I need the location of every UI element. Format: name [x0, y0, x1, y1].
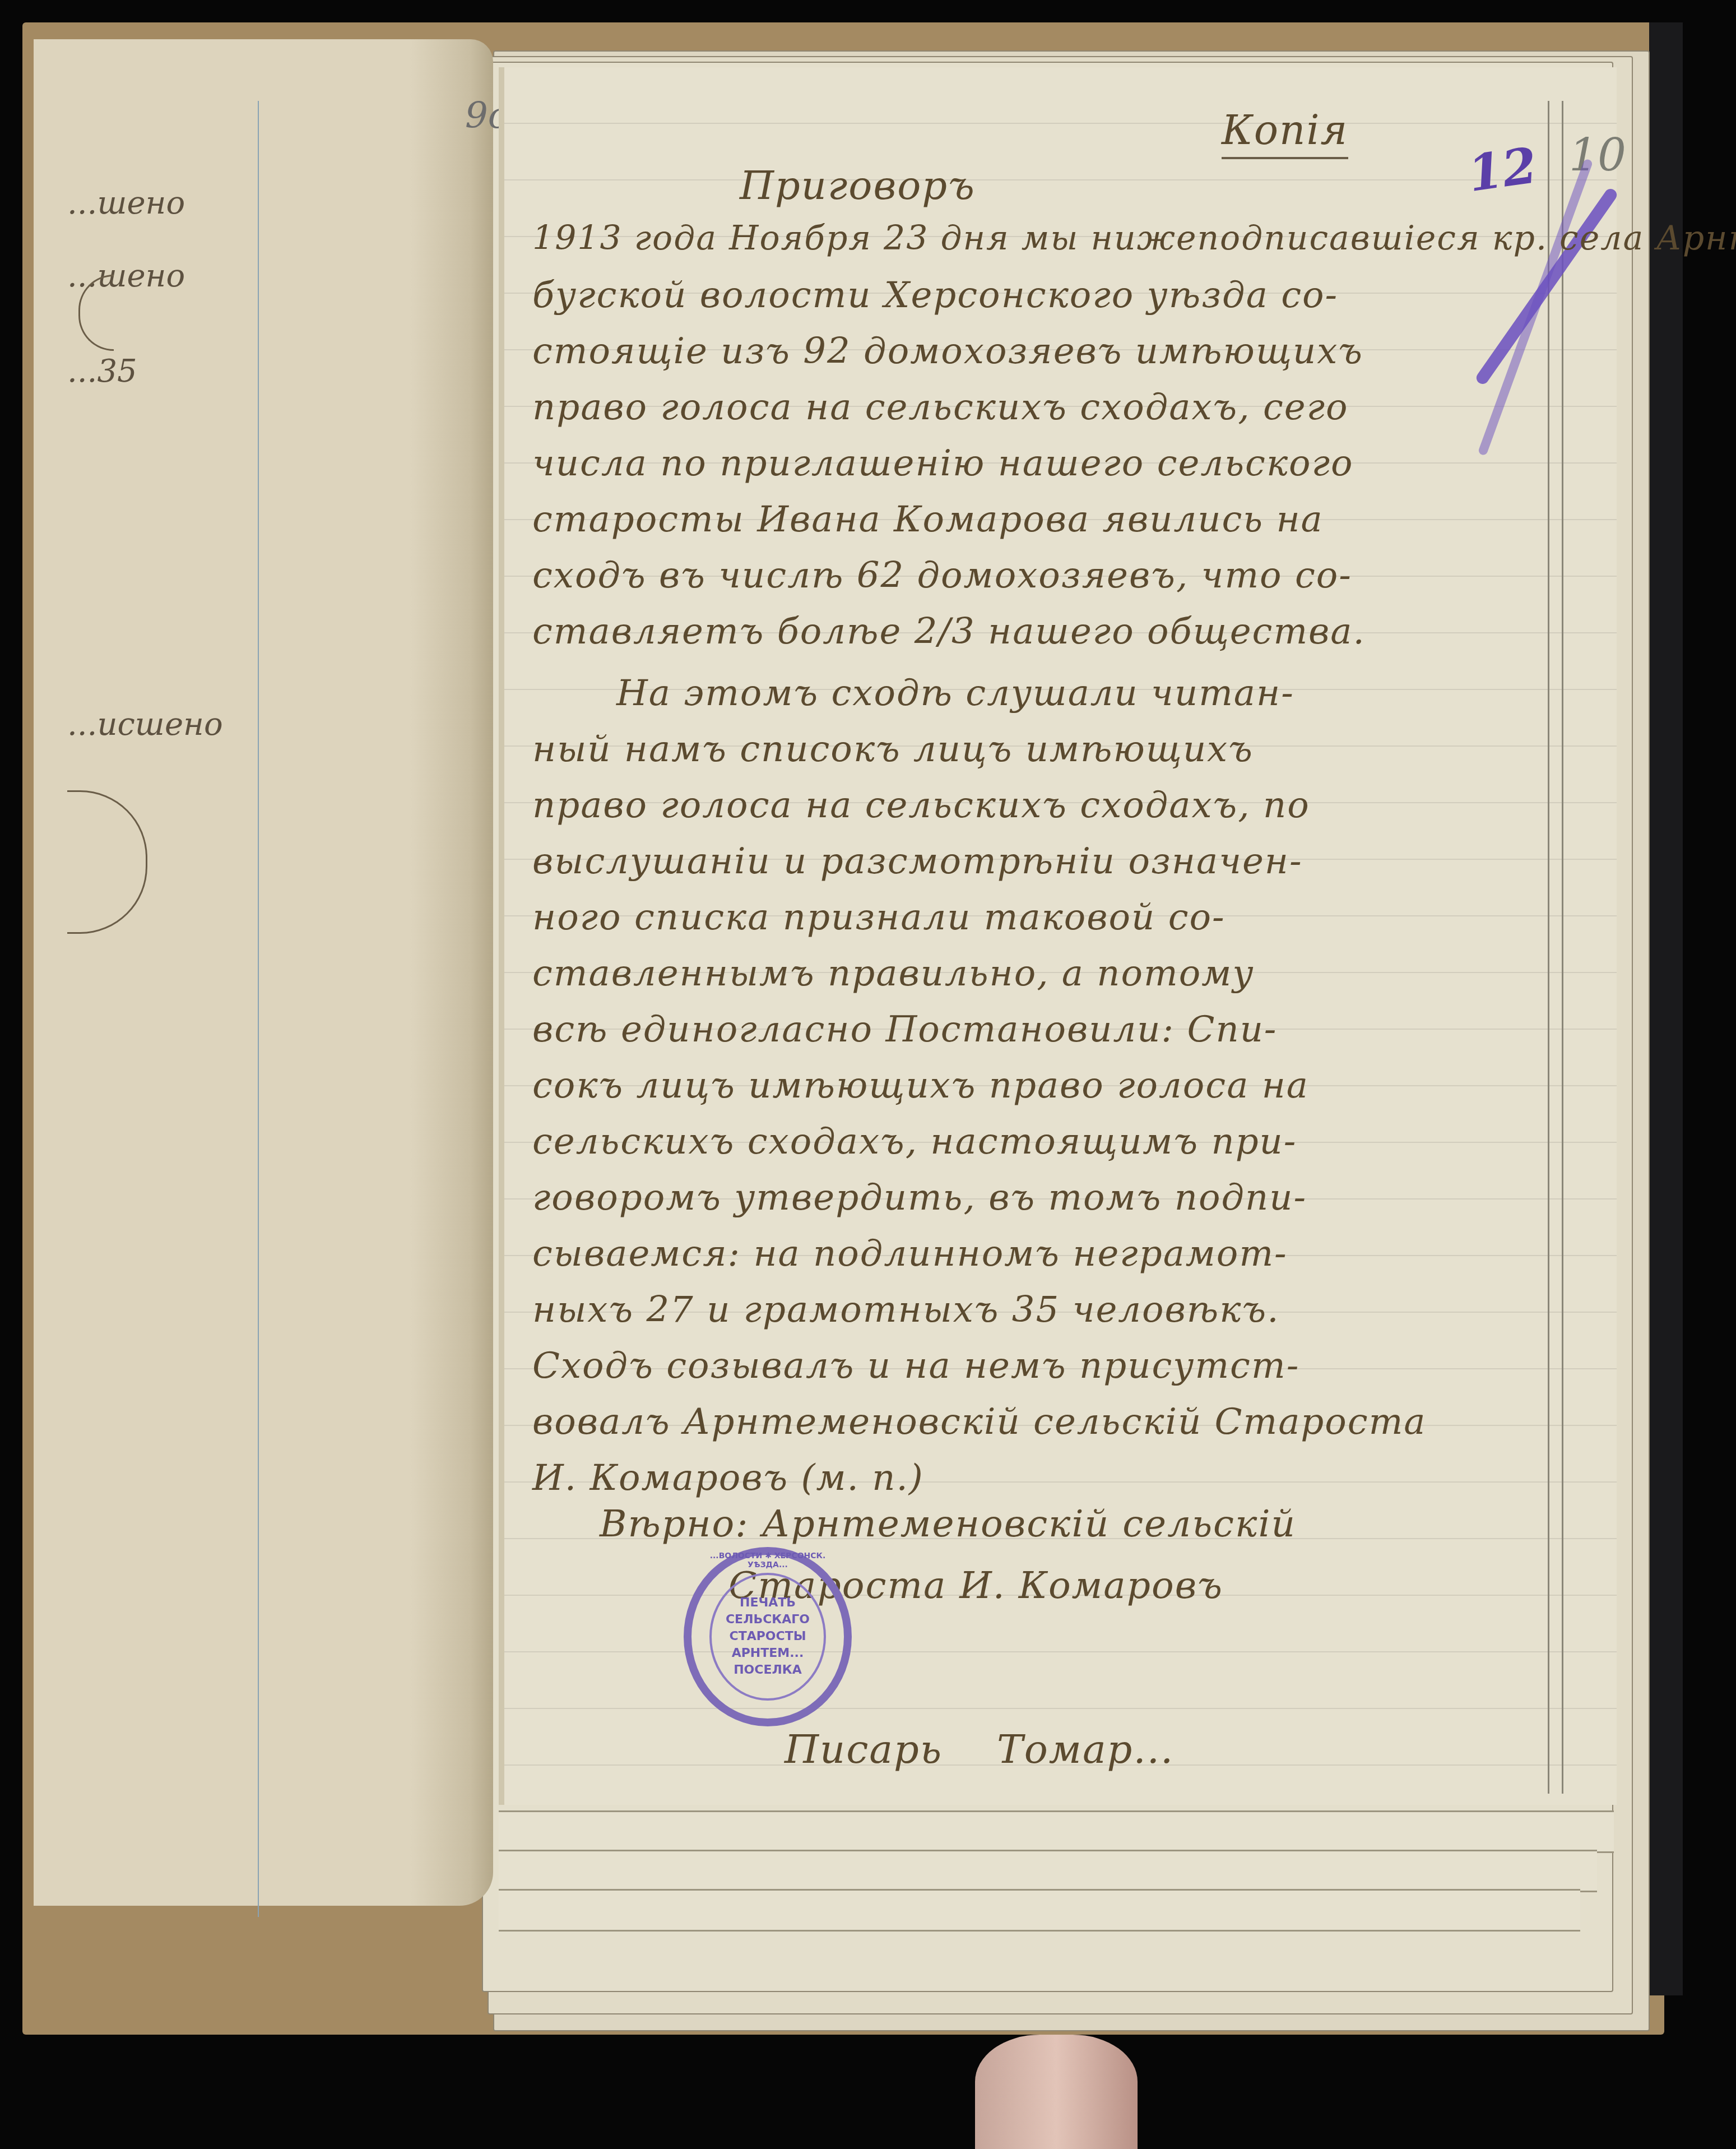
text-line: выслушаніи и разсмотрѣніи означен- — [532, 841, 1303, 882]
certification-line: Вѣрно: Арнтеменовскій сельскій — [600, 1502, 1296, 1545]
text-line: сходъ въ числѣ 62 домохозяевъ, что со- — [532, 555, 1352, 596]
seal-line: СЕЛЬСКАГО — [726, 1611, 810, 1628]
document-title: Приговоръ — [740, 163, 976, 209]
text-line: Сходъ созывалъ и на немъ присутст- — [532, 1345, 1299, 1387]
page-edge — [499, 1889, 1580, 1932]
text-line: бугской волости Херсонского уѣзда со- — [532, 275, 1338, 316]
text-line: На этомъ сходѣ слушали читан- — [616, 673, 1294, 714]
text-line: право голоса на сельскихъ сходахъ, по — [532, 785, 1310, 826]
text-line: ставляетъ болѣе 2/3 нашего общества. — [532, 611, 1366, 652]
left-page-verso: 9об ...шено ...шено ...35 ...исшено — [34, 39, 493, 1906]
margin-text-fragment: ...исшено — [67, 706, 223, 743]
text-line: ного списка признали таковой со- — [532, 897, 1226, 938]
text-line: стоящіе изъ 92 домохозяевъ имѣющихъ — [532, 331, 1363, 372]
seal-line: ПОСЕЛКА — [734, 1662, 802, 1679]
text-line: числа по приглашенію нашего сельского — [532, 443, 1354, 484]
text-line: ставленнымъ правильно, а потому — [532, 953, 1255, 994]
text-line: сельскихъ сходахъ, настоящимъ при- — [532, 1121, 1297, 1163]
text-line: 1913 года Ноября 23 дня мы нижеподписавш… — [532, 219, 1736, 258]
clerk-name: Томар... — [997, 1726, 1174, 1772]
text-line: ный намъ списокъ лицъ имѣющихъ — [532, 729, 1254, 770]
margin-text-fragment: ...35 — [67, 353, 137, 390]
text-line: всѣ единогласно Постановили: Спи- — [532, 1009, 1277, 1050]
margin-rule — [1548, 101, 1549, 1794]
page-edge — [499, 1810, 1614, 1853]
text-line: говоромъ утвердить, въ томъ подпи- — [532, 1177, 1307, 1219]
seal-line: АРНТЕМ... — [732, 1645, 804, 1662]
text-line: вовалъ Арнтеменовскій сельскій Староста — [532, 1401, 1426, 1443]
text-line: старосты Ивана Комарова явились на — [532, 499, 1324, 540]
margin-rule — [258, 101, 259, 1917]
seal-center: ПЕЧАТЬ СЕЛЬСКАГО СТАРОСТЫ АРНТЕМ... ПОСЕ… — [709, 1573, 826, 1701]
text-line: И. Комаровъ (м. п.) — [532, 1457, 924, 1499]
text-line: ныхъ 27 и грамотныхъ 35 человѣкъ. — [532, 1289, 1280, 1331]
seal-line: ПЕЧАТЬ — [740, 1595, 796, 1611]
seal-ring-text: ...ВОЛОСТИ ✱ ХЕРСОНСК. УѢЗДА... — [691, 1551, 844, 1569]
text-line: сокъ лицъ имѣющихъ право голоса на — [532, 1065, 1309, 1106]
binder-spine — [1649, 22, 1683, 1995]
signature-scrawl — [67, 790, 147, 934]
text-line: сываемся: на подлинномъ неграмот- — [532, 1233, 1288, 1275]
clerk-signature: Писарь Томар... — [785, 1726, 1174, 1772]
copy-mark: Копія — [1222, 106, 1348, 159]
text-line: право голоса на сельскихъ сходахъ, сего — [532, 387, 1349, 428]
margin-text-fragment: ...шено — [67, 185, 185, 221]
village-elder-seal-stamp: ...ВОЛОСТИ ✱ ХЕРСОНСК. УѢЗДА... ПЕЧАТЬ С… — [684, 1547, 852, 1726]
clerk-label: Писарь — [785, 1726, 943, 1772]
seal-line: СТАРОСТЫ — [730, 1628, 806, 1645]
violet-pencil-stroke — [1478, 158, 1594, 456]
margin-rule — [1562, 101, 1563, 1794]
folio-number-violet: 12 — [1464, 136, 1540, 203]
right-page-recto: Копія 12 10 Приговоръ 1913 года Ноября 2… — [499, 67, 1617, 1805]
holding-finger — [975, 2035, 1138, 2149]
page-edge — [499, 1850, 1597, 1892]
folio-number-pencil: 10 — [1569, 129, 1626, 181]
